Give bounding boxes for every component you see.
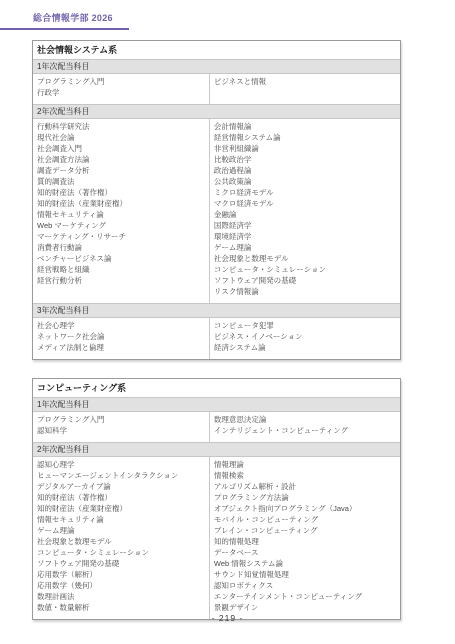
- course-row: 社会心理学 ネットワーク社会論 メディア法制と倫理 コンピュータ犯罪 ビジネス・…: [33, 318, 400, 359]
- course-list-left: プログラミング入門 認知科学: [33, 412, 210, 442]
- course-list-left: 認知心理学 ヒューマンエージェントインタラクション デジタルアーカイブ論 知的財…: [33, 457, 210, 619]
- course-row: プログラミング入門 認知科学 数理意思決定論 インテリジェント・コンピューティン…: [33, 412, 400, 442]
- table-title: 社会情報システム系: [33, 41, 400, 59]
- course-list-left: 社会心理学 ネットワーク社会論 メディア法制と倫理: [33, 318, 210, 359]
- section-header-year2: 2年次配当科目: [33, 442, 400, 457]
- course-list-right: コンピュータ犯罪 ビジネス・イノベーション 経済システム論: [210, 318, 400, 359]
- section-header-year2: 2年次配当科目: [33, 104, 400, 119]
- course-row: プログラミング入門 行政学 ビジネスと情報: [33, 74, 400, 104]
- section-header-year1: 1年次配当科目: [33, 59, 400, 74]
- course-list-right: 情報理論 情報検索 アルゴリズム解析・設計 プログラミング方法論 オブジェクト指…: [210, 457, 400, 619]
- title-underline: [0, 28, 129, 30]
- table-social-information-systems: 社会情報システム系 1年次配当科目 プログラミング入門 行政学 ビジネスと情報 …: [32, 40, 401, 360]
- course-row: 認知心理学 ヒューマンエージェントインタラクション デジタルアーカイブ論 知的財…: [33, 457, 400, 619]
- course-list-right: ビジネスと情報: [210, 74, 400, 104]
- page-number: - 219 -: [0, 613, 455, 623]
- course-list-left: 行動科学研究法 現代社会論 社会調査入門 社会調査方法論 調査データ分析 質的調…: [33, 119, 210, 303]
- catalog-page: 総合情報学部 2026 社会情報システム系 1年次配当科目 プログラミング入門 …: [0, 0, 455, 644]
- section-header-year1: 1年次配当科目: [33, 397, 400, 412]
- page-title: 総合情報学部 2026: [33, 11, 113, 24]
- course-list-right: 会計情報論 経営情報システム論 非営利組織論 比較政治学 政治過程論 公共政策論…: [210, 119, 400, 303]
- course-list-right: 数理意思決定論 インテリジェント・コンピューティング: [210, 412, 400, 442]
- table-title: コンピューティング系: [33, 379, 400, 397]
- table-computing: コンピューティング系 1年次配当科目 プログラミング入門 認知科学 数理意思決定…: [32, 378, 401, 620]
- section-header-year3: 3年次配当科目: [33, 303, 400, 318]
- course-row: 行動科学研究法 現代社会論 社会調査入門 社会調査方法論 調査データ分析 質的調…: [33, 119, 400, 303]
- course-list-left: プログラミング入門 行政学: [33, 74, 210, 104]
